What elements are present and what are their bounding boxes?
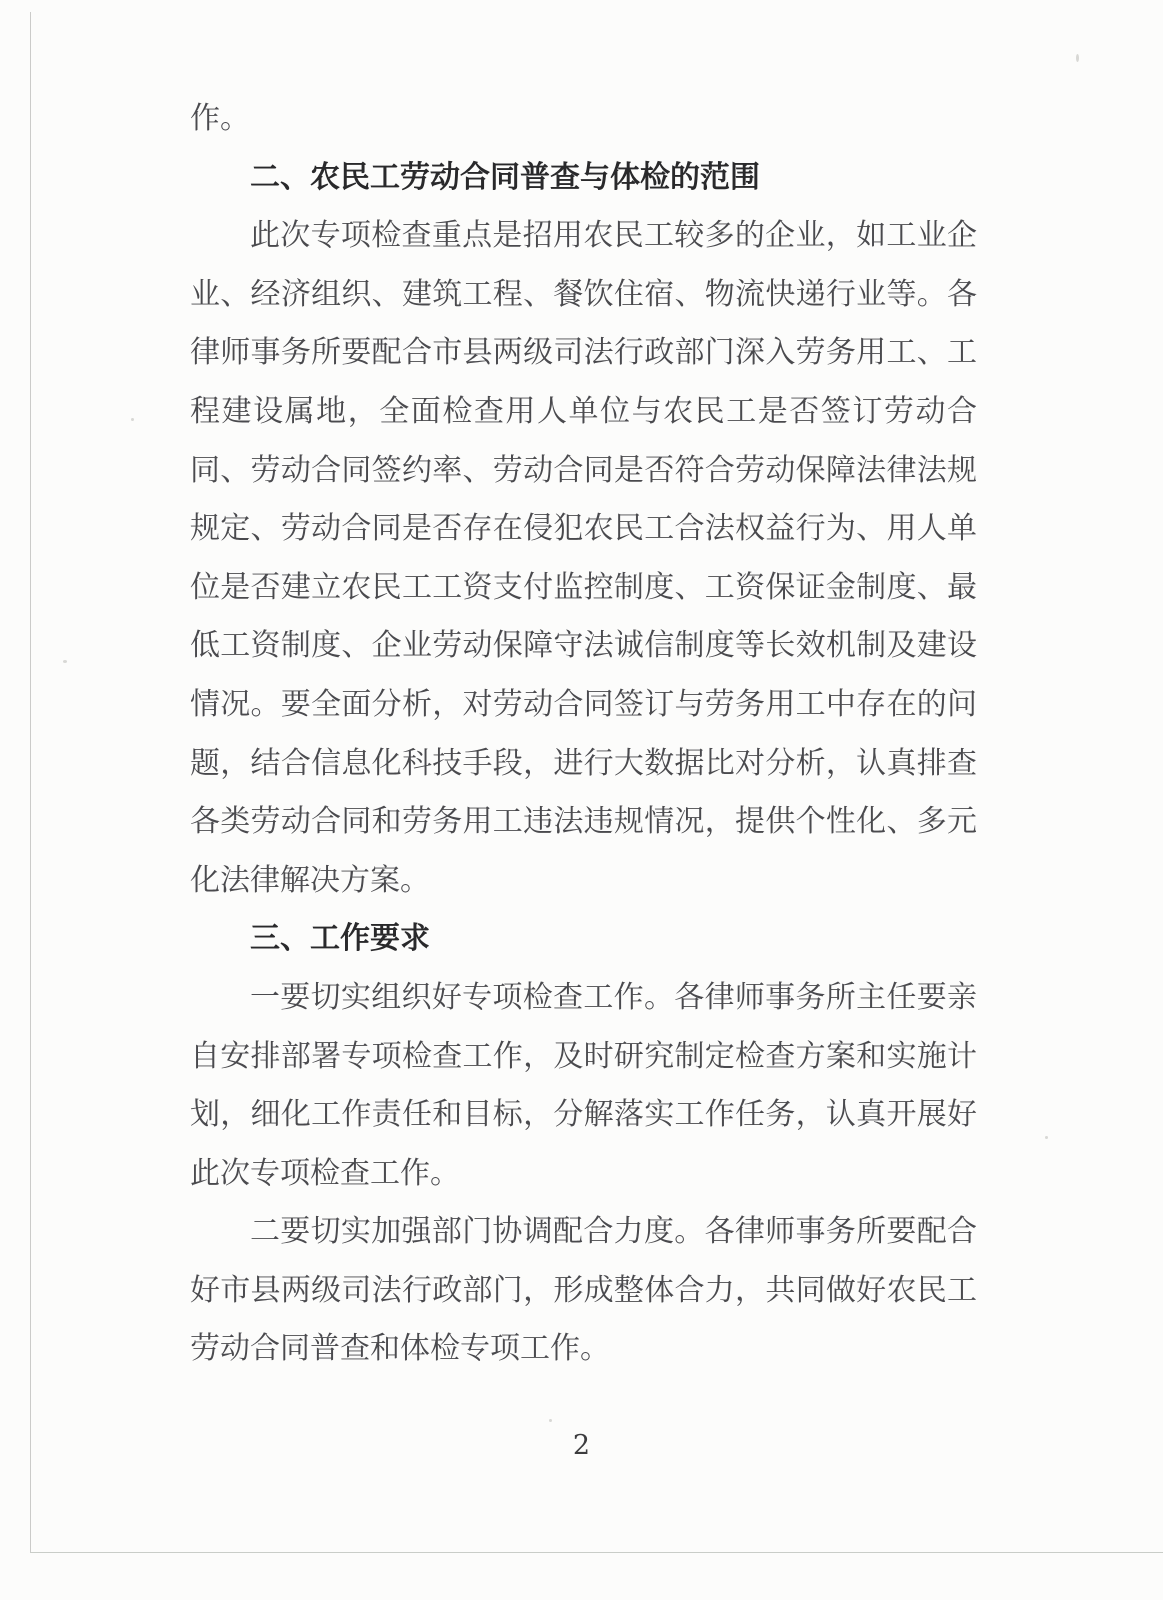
scan-left-edge-line	[30, 12, 31, 1553]
scan-speck	[549, 1419, 552, 1422]
document-text-line: 各类劳动合同和劳务用工违法违规情况，提供个性化、多元	[190, 793, 977, 852]
scan-speck	[131, 418, 134, 421]
document-text-line: 业、经济组织、建筑工程、餐饮住宿、物流快递行业等。各	[190, 266, 977, 325]
document-text-line: 此次专项检查工作。	[190, 1145, 977, 1204]
document-text-line: 低工资制度、企业劳动保障守法诚信制度等长效机制及建设	[190, 617, 977, 676]
document-text-line: 自安排部署专项检查工作，及时研究制定检查方案和实施计	[190, 1028, 977, 1087]
document-text-line: 三、工作要求	[190, 910, 977, 969]
page-number: 2	[0, 1430, 1163, 1461]
document-text-line: 好市县两级司法行政部门，形成整体合力，共同做好农民工	[190, 1262, 977, 1321]
scan-speck	[1045, 1136, 1048, 1139]
document-text-line: 化法律解决方案。	[190, 852, 977, 911]
document-body-text: 作。二、农民工劳动合同普查与体检的范围此次专项检查重点是招用农民工较多的企业，如…	[190, 90, 977, 1379]
scan-speck	[1076, 54, 1079, 62]
scanned-document-page: 作。二、农民工劳动合同普查与体检的范围此次专项检查重点是招用农民工较多的企业，如…	[0, 0, 1163, 1600]
document-text-line: 划，细化工作责任和目标，分解落实工作任务，认真开展好	[190, 1086, 977, 1145]
document-text-line: 此次专项检查重点是招用农民工较多的企业，如工业企	[190, 207, 977, 266]
document-text-line: 劳动合同普查和体检专项工作。	[190, 1320, 977, 1379]
document-text-line: 位是否建立农民工工资支付监控制度、工资保证金制度、最	[190, 559, 977, 618]
document-text-line: 程建设属地，全面检查用人单位与农民工是否签订劳动合	[190, 383, 977, 442]
document-text-line: 二要切实加强部门协调配合力度。各律师事务所要配合	[190, 1203, 977, 1262]
scan-bottom-edge-line	[30, 1552, 1163, 1553]
document-text-line: 作。	[190, 90, 977, 149]
document-text-line: 二、农民工劳动合同普查与体检的范围	[190, 149, 977, 208]
scan-speck	[63, 660, 67, 663]
document-text-line: 同、劳动合同签约率、劳动合同是否符合劳动保障法律法规	[190, 442, 977, 501]
document-text-line: 一要切实组织好专项检查工作。各律师事务所主任要亲	[190, 969, 977, 1028]
document-text-line: 情况。要全面分析，对劳动合同签订与劳务用工中存在的问	[190, 676, 977, 735]
document-text-line: 题，结合信息化科技手段，进行大数据比对分析，认真排查	[190, 735, 977, 794]
document-text-line: 律师事务所要配合市县两级司法行政部门深入劳务用工、工	[190, 324, 977, 383]
document-text-line: 规定、劳动合同是否存在侵犯农民工合法权益行为、用人单	[190, 500, 977, 559]
